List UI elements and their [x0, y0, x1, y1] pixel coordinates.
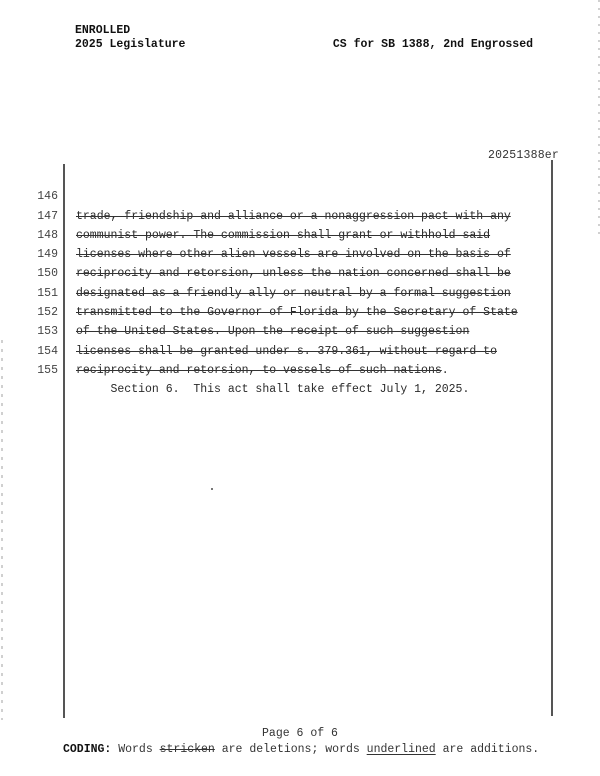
header-left: ENROLLED 2025 Legislature: [75, 24, 185, 52]
bill-page: ENROLLED 2025 Legislature CS for SB 1388…: [0, 0, 600, 776]
line-number: 155: [32, 361, 58, 380]
coding-legend: CODING: Words stricken are deletions; wo…: [63, 743, 539, 756]
bill-line: 148 licenses where other alien vessels a…: [0, 207, 600, 226]
page-number: Page 6 of 6: [0, 727, 600, 740]
bill-identifier: CS for SB 1388, 2nd Engrossed: [333, 38, 533, 52]
bill-line: 152 of the United States. Upon the recei…: [0, 284, 600, 303]
bill-line: 155 Section 6. This act shall take effec…: [0, 342, 600, 361]
bill-line: 151 transmitted to the Governor of Flori…: [0, 264, 600, 283]
bill-line: 154 reciprocity and retorsion, to vessel…: [0, 322, 600, 341]
bill-line: 146 trade, friendship and alliance or a …: [0, 168, 600, 187]
coding-label: CODING:: [63, 743, 111, 756]
scan-speck: [211, 488, 213, 490]
legislature-session: 2025 Legislature: [75, 38, 185, 52]
bill-line: 149 reciprocity and retorsion, unless th…: [0, 226, 600, 245]
stricken-text: reciprocity and retorsion, to vessels of…: [76, 364, 442, 377]
effective-date-text: Section 6. This act shall take effect Ju…: [76, 380, 469, 399]
line-trailing-punctuation: .: [442, 364, 449, 377]
bill-line: 150 designated as a friendly ally or neu…: [0, 245, 600, 264]
bill-line: 153 licenses shall be granted under s. 3…: [0, 303, 600, 322]
bill-line: 147 communist power. The commission shal…: [0, 187, 600, 206]
stricken-example: stricken: [160, 743, 215, 756]
enrolled-status: ENROLLED: [75, 24, 185, 38]
underlined-example: underlined: [367, 743, 436, 756]
bill-text-lines: 146 trade, friendship and alliance or a …: [0, 168, 600, 361]
document-code: 20251388er: [488, 149, 559, 162]
